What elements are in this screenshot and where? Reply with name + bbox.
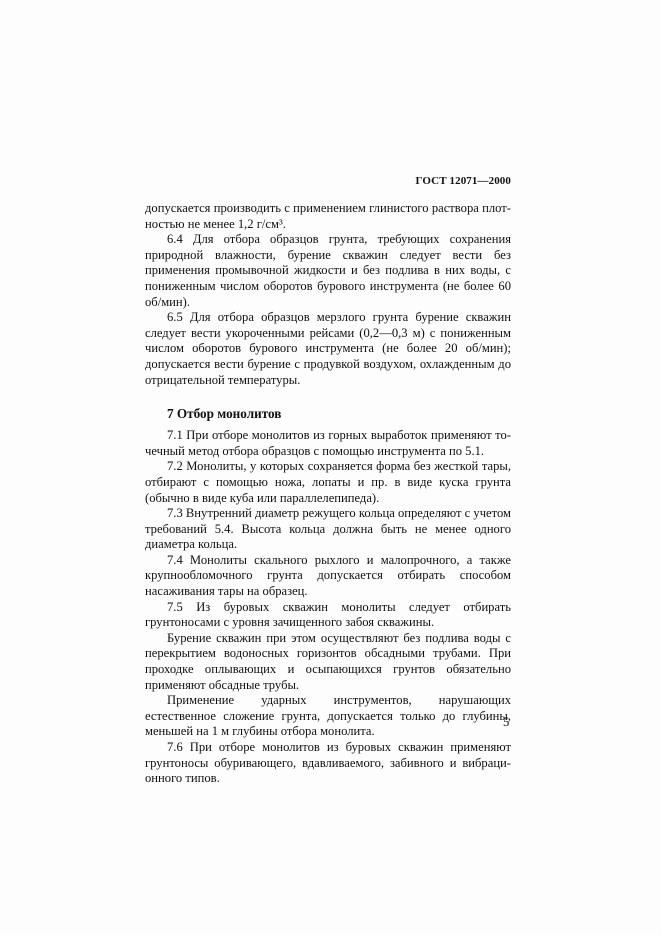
document-page: ГОСТ 12071—2000 допускается производить … [145,175,511,787]
running-header-standard-id: ГОСТ 12071—2000 [145,175,511,191]
paragraph-7-3: 7.3 Внутренний диаметр режущего кольца о… [145,506,511,553]
paragraph-6-5: 6.5 Для отбора образцов мерзлого грунта … [145,310,511,388]
paragraph-7-2: 7.2 Монолиты, у которых сохраняется форм… [145,459,511,506]
paragraph-7-4: 7.4 Монолиты скального рыхлого и малопро… [145,553,511,600]
paragraph-7-6: 7.6 При отборе монолитов из буровых сква… [145,740,511,787]
paragraph-7-5-drilling: Бурение скважин при этом осуществляют бе… [145,631,511,693]
paragraph-continuation: допускается производить с применением гл… [145,201,511,232]
paragraph-7-5: 7.5 Из буровых скважин монолиты следует … [145,600,511,631]
paragraph-7-1: 7.1 При отборе монолитов из горных выраб… [145,428,511,459]
paragraph-6-4: 6.4 Для отбора образцов грунта, требующи… [145,232,511,310]
page-number: 5 [503,715,509,729]
section-heading: 7 Отбор монолитов [145,406,511,422]
paragraph-7-5-impact-tools: Применение ударных инструментов, нарушаю… [145,693,511,740]
